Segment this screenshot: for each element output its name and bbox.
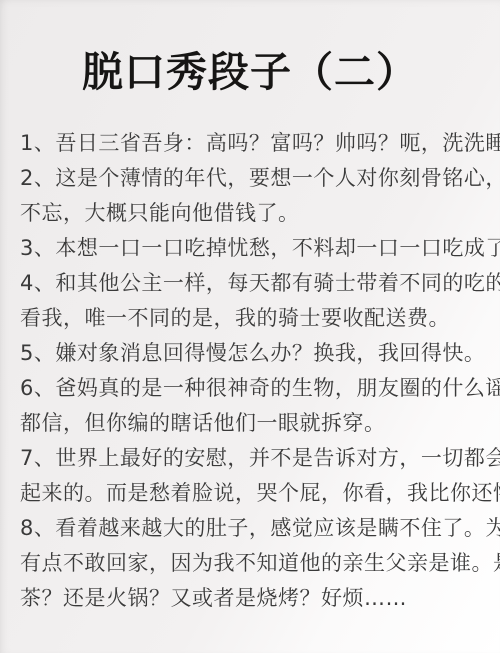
joke-line: 有点不敢回家，因为我不知道他的亲生父亲是谁。是奶: [20, 546, 486, 581]
joke-line: 都信，但你编的瞎话他们一眼就拆穿。: [20, 406, 486, 441]
joke-line: 不忘，大概只能向他借钱了。: [20, 196, 486, 231]
joke-line: 起来的。而是愁着脸说，哭个屁，你看，我比你还惨！: [20, 476, 486, 511]
joke-line: 4、和其他公主一样，每天都有骑士带着不同的吃的来: [20, 266, 486, 301]
joke-line: 6、爸妈真的是一种很神奇的生物，朋友圈的什么谣言: [20, 371, 486, 406]
joke-card: 脱口秀段子（二） 1、吾日三省吾身：高吗？富吗？帅吗？呃，洗洗睡吧！ 2、这是个…: [0, 0, 500, 653]
page-title: 脱口秀段子（二）: [0, 44, 500, 100]
joke-list: 1、吾日三省吾身：高吗？富吗？帅吗？呃，洗洗睡吧！ 2、这是个薄情的年代，要想一…: [0, 126, 500, 616]
joke-line: 2、这是个薄情的年代，要想一个人对你刻骨铭心，念念: [20, 161, 486, 196]
joke-line: 7、世界上最好的安慰，并不是告诉对方，一切都会好: [20, 441, 486, 476]
joke-line: 3、本想一口一口吃掉忧愁，不料却一口一口吃成了肉球。: [20, 231, 486, 266]
joke-line: 茶？还是火锅？又或者是烧烤？好烦……: [20, 581, 486, 616]
joke-line: 8、看着越来越大的肚子，感觉应该是瞒不住了。为此，: [20, 511, 486, 546]
joke-line: 看我，唯一不同的是，我的骑士要收配送费。: [20, 301, 486, 336]
joke-line: 5、嫌对象消息回得慢怎么办？换我，我回得快。: [20, 336, 486, 371]
joke-line: 1、吾日三省吾身：高吗？富吗？帅吗？呃，洗洗睡吧！: [20, 126, 486, 161]
